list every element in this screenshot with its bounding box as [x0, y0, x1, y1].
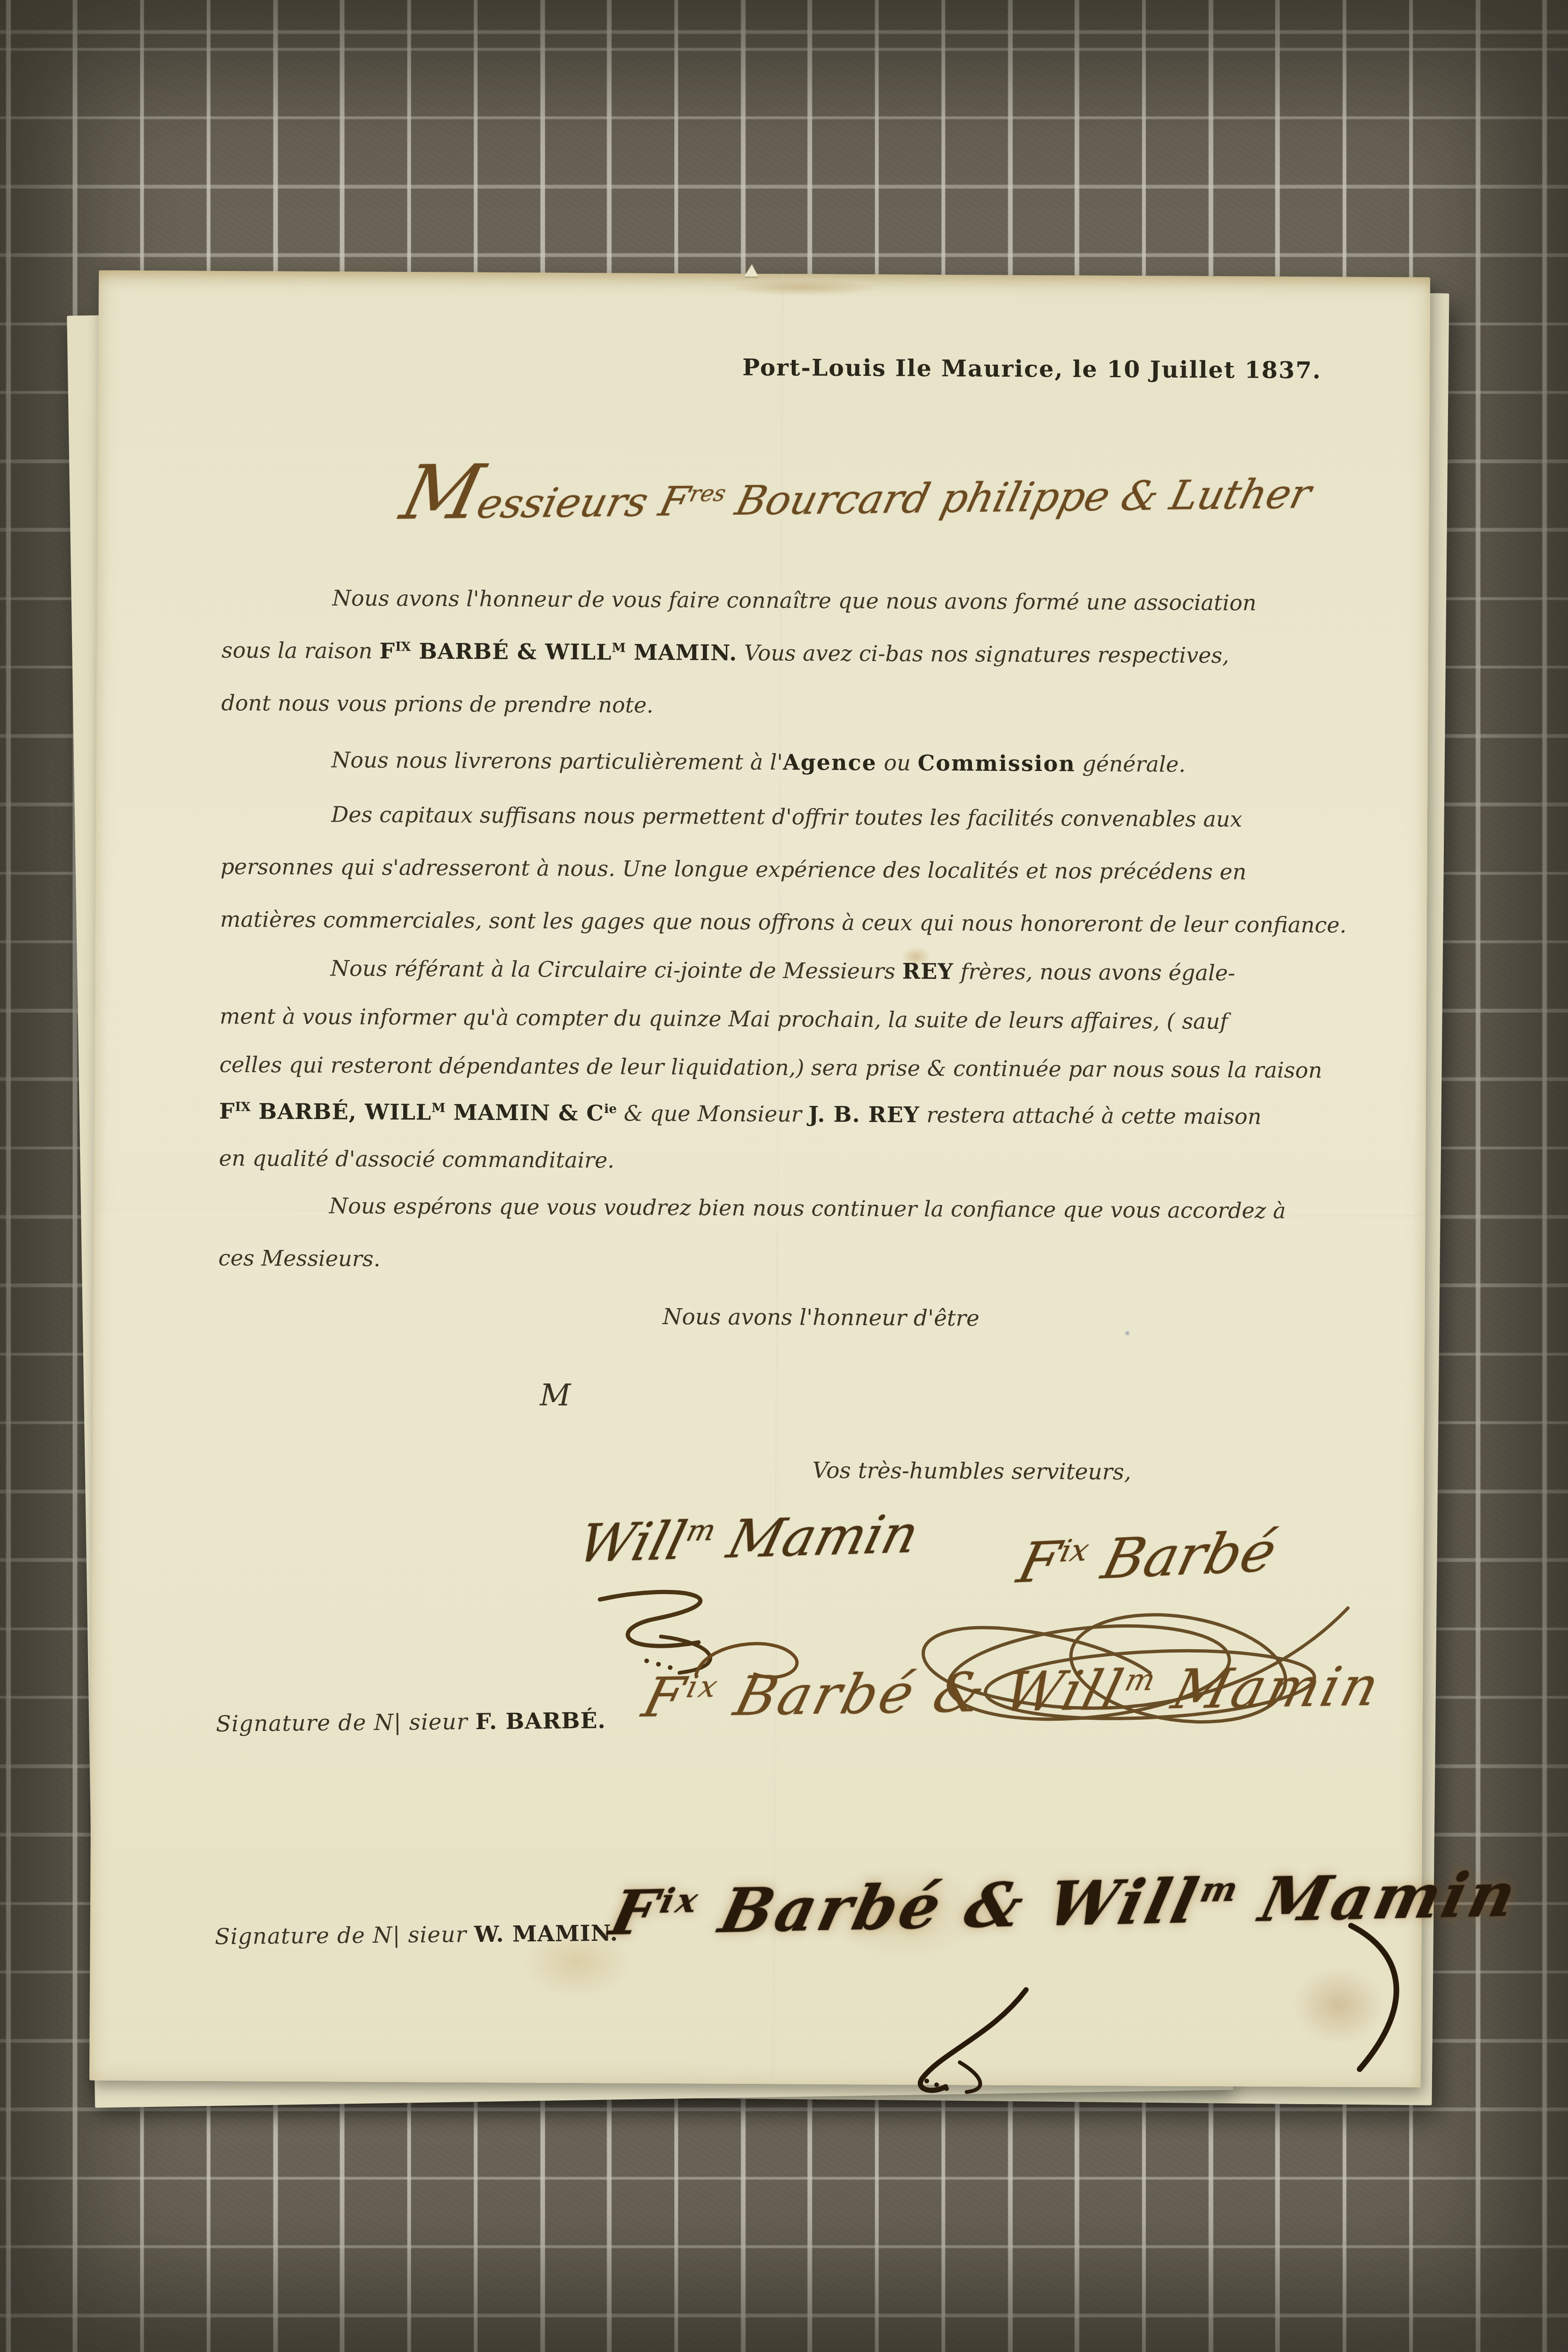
letter-line: sous la raison FIX BARBÉ & WILLM MAMIN. … [222, 638, 1229, 668]
closing-formula: Vos très-humbles serviteurs, [812, 1460, 1131, 1484]
text-segment: M [431, 1101, 446, 1115]
messieurs-abbreviation: M [540, 1381, 571, 1411]
text-segment: F [219, 1098, 235, 1124]
text-segment: MAMIN. [626, 639, 737, 665]
text-segment: Barbé & Will [708, 1659, 1131, 1728]
text-segment: Barbé [1078, 1519, 1283, 1592]
text-segment: Mamin [705, 1503, 925, 1571]
joint-signature-brown: Fix Barbé & Willm Mamin [637, 1655, 1388, 1730]
text-segment: Des capitaux suffisans nous permettent d… [331, 802, 1242, 832]
signature-flourish-sweep [1331, 1918, 1436, 2079]
text-segment: Commission [917, 750, 1075, 777]
text-segment: MAMIN & C [446, 1099, 605, 1126]
text-segment: Nous avons l'honneur de vous faire conna… [332, 585, 1256, 615]
text-segment: personnes qui s'adresseront à nous. Une … [220, 854, 1246, 884]
letter-line: matières commerciales, sont les gages qu… [220, 907, 1347, 938]
text-segment: Will [572, 1510, 692, 1574]
text-segment: Bourcard philippe & Luther [718, 470, 1315, 524]
letter-line: FIX BARBÉ, WILLM MAMIN & Cie & que Monsi… [219, 1099, 1262, 1129]
letter-line: Nous avons l'honneur de vous faire conna… [222, 585, 1256, 615]
text-segment: IX [235, 1100, 250, 1114]
text-segment: F [604, 1876, 667, 1949]
text-segment: ie [604, 1102, 617, 1116]
letter-line: ces Messieurs. [218, 1246, 381, 1271]
text-segment: Nous référant à la Circulaire ci-jointe … [330, 955, 902, 984]
text-segment: en qualité d'associé commanditaire. [219, 1145, 614, 1173]
letter-dateline: Port-Louis Ile Maurice, le 10 Juillet 18… [742, 356, 1321, 382]
text-segment: F [379, 638, 395, 664]
text-segment: sieur [408, 1922, 474, 1948]
text-segment: Barbé & Will [689, 1865, 1207, 1947]
closing-formula: Nous avons l'honneur d'être [662, 1306, 979, 1330]
text-segment: Nous espérons que vous voudrez bien nous… [329, 1193, 1286, 1224]
signature-barbe: Fix Barbé [1012, 1519, 1283, 1596]
text-segment: celles qui resteront dépendantes de leur… [219, 1052, 1322, 1083]
text-segment: générale. [1075, 751, 1186, 777]
letter-line: Nous espérons que vous voudrez bien nous… [219, 1193, 1286, 1224]
text-segment: Nous nous livrerons particulièrement à l… [332, 747, 783, 775]
ink-dot [1123, 1329, 1131, 1337]
text-segment: F. BARBÉ. [475, 1708, 606, 1735]
text-segment: M [612, 641, 626, 655]
letter-line: dont nous vous prions de prendre note. [221, 691, 653, 718]
text-segment: J. B. REY [808, 1102, 920, 1128]
signature-label-mamin: Signature de N| sieur W. MAMIN. [215, 1922, 618, 1947]
signature-label-barbe: Signature de N| sieur F. BARBÉ. [216, 1710, 606, 1735]
text-segment: Signature de N| [216, 1709, 409, 1737]
signature-flourish-tail [870, 1982, 1059, 2096]
letter-line: en qualité d'associé commanditaire. [219, 1146, 614, 1173]
letter-line: Nous référant à la Circulaire ci-jointe … [220, 955, 1235, 985]
text-segment: ces Messieurs. [218, 1245, 381, 1271]
letter-line: Nous nous livrerons particulièrement à l… [221, 747, 1186, 777]
text-segment: Mamin [1146, 1655, 1387, 1722]
text-segment: & que Monsieur [617, 1100, 809, 1127]
text-segment: ou [877, 750, 918, 775]
text-segment: sieur [409, 1709, 475, 1735]
stain-spot [701, 276, 903, 299]
text-segment: IX [395, 640, 411, 654]
stain-spot [1275, 1951, 1402, 2060]
text-segment: Mamin [1229, 1859, 1526, 1936]
text-segment: BARBÉ & WILL [411, 638, 612, 665]
signature-mamin: Willm Mamin [572, 1503, 925, 1574]
text-segment: restera attaché à cette maison [920, 1102, 1262, 1129]
text-segment: Agence [783, 749, 877, 775]
photographed-letter-scene: Port-Louis Ile Maurice, le 10 Juillet 18… [0, 0, 1568, 2352]
text-segment: ment à vous informer qu'à compter du qui… [220, 1003, 1228, 1034]
text-segment: Vous avez ci-bas nos signatures respecti… [737, 640, 1229, 668]
text-segment: dont nous vous prions de prendre note. [221, 690, 653, 718]
text-segment: Signature de N| [215, 1922, 408, 1950]
letter-line: ment à vous informer qu'à compter du qui… [220, 1004, 1228, 1034]
text-segment: frères, nous avons égale- [954, 959, 1235, 985]
text-segment: W. MAMIN. [474, 1920, 618, 1947]
paper-fold-notch [744, 264, 758, 277]
fold-crease-vertical [772, 274, 784, 2084]
paper-stack: Port-Louis Ile Maurice, le 10 Juillet 18… [94, 274, 1425, 2084]
text-segment: REY [902, 959, 954, 985]
text-segment: essieurs F [472, 478, 694, 527]
salutation-line: Messieurs Fres Bourcard philippe & Luthe… [394, 438, 1324, 536]
letter-page: Port-Louis Ile Maurice, le 10 Juillet 18… [89, 270, 1430, 2088]
letter-line: Des capitaux suffisans nous permettent d… [221, 802, 1242, 832]
text-segment: BARBÉ, WILL [250, 1098, 431, 1125]
letter-line: personnes qui s'adresseront à nous. Une … [220, 854, 1246, 884]
letter-line: celles qui resteront dépendantes de leur… [219, 1052, 1322, 1083]
text-segment: matières commerciales, sont les gages qu… [220, 906, 1347, 938]
text-segment: sous la raison [222, 637, 380, 664]
joint-signature-dark: Fix Barbé & Willm Mamin [604, 1859, 1525, 1949]
text-segment: res [687, 481, 728, 507]
